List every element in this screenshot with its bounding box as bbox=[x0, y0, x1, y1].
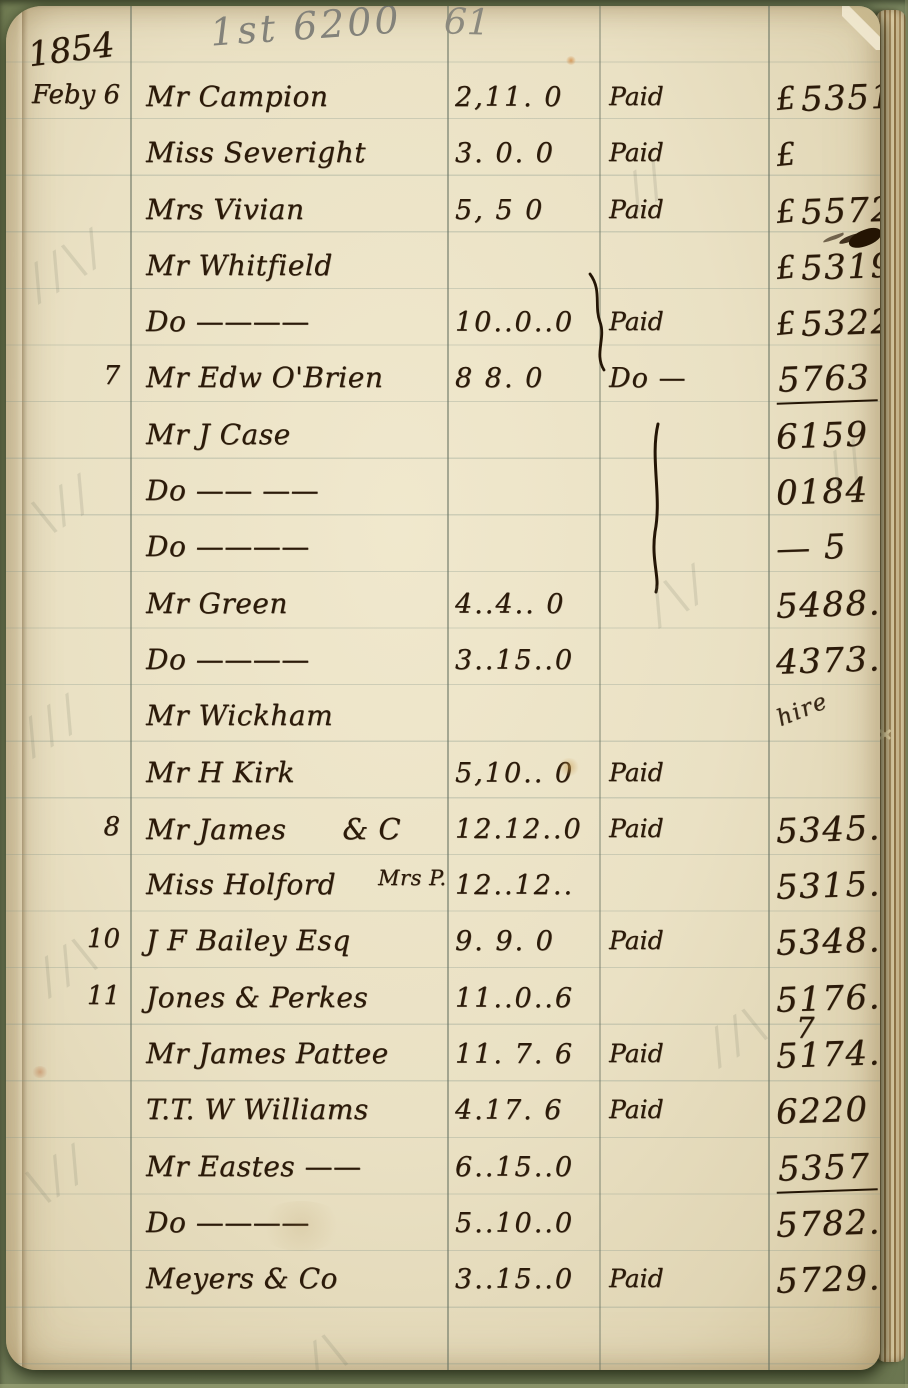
ref-cell: £5322. bbox=[768, 295, 880, 343]
pound-sign: £ bbox=[774, 249, 799, 287]
amount-cell: 8 8. 0 bbox=[447, 351, 599, 394]
amount-cell: 3..15..0 bbox=[447, 633, 599, 676]
amount-cell: 4.17. 6 bbox=[447, 1083, 599, 1126]
pencil-note: 1st 6200 bbox=[209, 6, 403, 55]
date-cell bbox=[6, 1027, 130, 1037]
paid-cell: Paid bbox=[599, 1083, 768, 1124]
amount-cell bbox=[447, 689, 599, 701]
name-cell: Mr Edw O'Brien bbox=[130, 351, 447, 394]
name-cell: Mr Green bbox=[130, 577, 447, 620]
paid-cell: Paid bbox=[599, 914, 768, 955]
ref-cell: 5174. bbox=[768, 1027, 880, 1075]
book-page-stack-edge bbox=[876, 10, 906, 1362]
date-cell bbox=[6, 1252, 130, 1262]
ref-number: 5348. bbox=[775, 921, 880, 965]
ref-cell: 5488. bbox=[768, 577, 880, 625]
paid-cell: Paid bbox=[599, 746, 768, 787]
name-cell: Do ———— bbox=[130, 633, 447, 676]
table-row: Mr J Case 6159 bbox=[6, 408, 880, 464]
name-cell: Do —— —— bbox=[130, 464, 447, 507]
date-cell bbox=[6, 1140, 130, 1150]
paper-stain bbox=[558, 758, 580, 776]
paid-cell bbox=[599, 1196, 768, 1208]
binding-stitch-icon bbox=[878, 726, 892, 742]
ref-cell: £5572. bbox=[768, 183, 880, 231]
name-cell: Miss HolfordMrs P. bbox=[130, 858, 447, 901]
ref-number: 5315. bbox=[775, 864, 880, 908]
ref-number: hire bbox=[773, 688, 832, 732]
ref-number: 5488. bbox=[775, 583, 880, 627]
amount-cell: 3. 0. 0 bbox=[447, 126, 599, 169]
paid-cell: Paid bbox=[599, 1252, 768, 1293]
paper-stain bbox=[566, 56, 576, 65]
date-cell: 10 bbox=[6, 914, 130, 954]
ghost-writing: /\ bbox=[295, 1319, 360, 1370]
date-cell bbox=[6, 689, 130, 699]
table-row: Mr H Kirk 5,10.. 0 Paid bbox=[6, 746, 880, 802]
date-cell bbox=[6, 126, 130, 136]
amount-cell bbox=[447, 239, 599, 251]
ref-cell: 5729. bbox=[768, 1252, 880, 1300]
name-cell: Mr Eastes —— bbox=[130, 1140, 447, 1183]
date-cell bbox=[6, 858, 130, 868]
table-row: 7 Mr Edw O'Brien 8 8. 0 Do — 5763 bbox=[6, 351, 880, 407]
name-cell: Mr James Pattee bbox=[130, 1027, 447, 1070]
ledger-sheet: 1854 1st 6200 61 Feby 6 Mr Campion 2,11.… bbox=[6, 6, 880, 1370]
ref-number: 5174. bbox=[775, 1033, 880, 1077]
page-number: 61 bbox=[443, 6, 490, 44]
table-row: Do —— —— 0184 bbox=[6, 464, 880, 520]
ref-cell: £ bbox=[768, 126, 880, 174]
table-row: Feby 6 Mr Campion 2,11. 0 Paid £5351. bbox=[6, 70, 880, 126]
paid-cell: Paid bbox=[599, 70, 768, 111]
paid-cell: Do — bbox=[599, 351, 768, 394]
paid-cell: Paid bbox=[599, 126, 768, 167]
ref-cell: 4373. bbox=[768, 633, 880, 681]
date-cell bbox=[6, 633, 130, 643]
table-row: Miss HolfordMrs P. 12..12.. 5315. bbox=[6, 858, 880, 914]
dog-ear-fold bbox=[842, 6, 880, 50]
amount-cell: 4..4.. 0 bbox=[447, 577, 599, 620]
ref-cell: hire bbox=[768, 689, 880, 723]
ref-cell bbox=[768, 746, 880, 794]
name-cell: Jones & Perkes bbox=[130, 971, 447, 1014]
date-cell bbox=[6, 520, 130, 530]
amount-cell: 10..0..0 bbox=[447, 295, 599, 338]
table-row: Mrs Vivian 5, 5 0 Paid £5572. bbox=[6, 183, 880, 239]
ref-cell: 5782. bbox=[768, 1196, 880, 1244]
date-cell bbox=[6, 239, 130, 249]
amount-cell bbox=[447, 520, 599, 532]
pound-sign: £ bbox=[774, 193, 799, 231]
pound-sign: £ bbox=[774, 136, 799, 174]
date-cell bbox=[6, 408, 130, 418]
amount-cell: 3..15..0 bbox=[447, 1252, 599, 1295]
ref-cell: £5351. bbox=[768, 70, 880, 118]
table-row: Meyers & Co 3..15..0 Paid 5729. bbox=[6, 1252, 880, 1308]
date-cell: 7 bbox=[6, 351, 130, 391]
date-cell bbox=[6, 1196, 130, 1206]
name-cell: Mrs Vivian bbox=[130, 183, 447, 226]
date-cell bbox=[6, 183, 130, 193]
paid-cell bbox=[599, 689, 768, 701]
table-row: 10 J F Bailey Esq 9. 9. 0 Paid 5348. bbox=[6, 914, 880, 970]
table-row: Mr James Pattee 11. 7. 6 Paid 5174. bbox=[6, 1027, 880, 1083]
paid-cell bbox=[599, 633, 768, 645]
paid-cell bbox=[599, 971, 768, 983]
ref-number: 4373. bbox=[775, 639, 880, 683]
amount-cell: 5..10..0 bbox=[447, 1196, 599, 1239]
amount-cell: 12.12..0 bbox=[447, 802, 599, 845]
ref-cell: — 5 bbox=[768, 520, 880, 568]
amount-cell: 11..0..6 bbox=[447, 971, 599, 1014]
ref-cell: 5345. bbox=[768, 802, 880, 850]
amount-cell: 12..12.. bbox=[447, 858, 599, 901]
table-row: Mr Whitfield £5319. bbox=[6, 239, 880, 295]
name-cell: Miss Severight bbox=[130, 126, 447, 169]
name-cell: J F Bailey Esq bbox=[130, 914, 447, 957]
ref-cell: 5315. bbox=[768, 858, 880, 906]
table-row: Mr Wickham hire bbox=[6, 689, 880, 745]
ref-number: 5782. bbox=[775, 1202, 880, 1246]
amount-cell bbox=[447, 464, 599, 476]
ref-number: 5729. bbox=[775, 1258, 880, 1302]
name-suffix: Mrs P. bbox=[378, 866, 447, 890]
name-cell: Mr H Kirk bbox=[130, 746, 447, 789]
date-cell bbox=[6, 1083, 130, 1093]
ref-number: — 5 bbox=[775, 527, 847, 569]
date-cell bbox=[6, 295, 130, 305]
brace-mark bbox=[584, 272, 610, 372]
date-cell bbox=[6, 577, 130, 587]
name-cell: Mr Whitfield bbox=[130, 239, 447, 282]
table-row: Do ———— 10..0..0 Paid £5322. bbox=[6, 295, 880, 351]
paper-stain bbox=[32, 1066, 48, 1078]
amount-cell: 6..15..0 bbox=[447, 1140, 599, 1183]
amount-cell bbox=[447, 408, 599, 420]
paid-cell: Paid bbox=[599, 183, 768, 224]
name-suffix: & C bbox=[342, 812, 401, 846]
paid-cell bbox=[599, 577, 768, 589]
ref-cell: 5763 bbox=[768, 351, 880, 403]
ref-cell: 5176.7 bbox=[768, 971, 880, 1019]
ref-number: 5763 bbox=[775, 358, 877, 405]
amount-cell: 9. 9. 0 bbox=[447, 914, 599, 957]
paid-cell bbox=[599, 239, 768, 251]
paid-cell bbox=[599, 520, 768, 532]
name-cell: Do ———— bbox=[130, 295, 447, 338]
paper-stain bbox=[256, 1201, 346, 1251]
name-cell: Mr Wickham bbox=[130, 689, 447, 732]
ref-number: 5319. bbox=[801, 245, 880, 289]
amount-cell: 2,11. 0 bbox=[447, 70, 599, 113]
amount-cell: 11. 7. 6 bbox=[447, 1027, 599, 1070]
table-row: 11 Jones & Perkes 11..0..6 5176.7 bbox=[6, 971, 880, 1027]
amount-cell: 5, 5 0 bbox=[447, 183, 599, 226]
name-cell: T.T. W Williams bbox=[130, 1083, 447, 1126]
paid-cell bbox=[599, 1140, 768, 1152]
ref-cell: 0184 bbox=[768, 464, 880, 512]
paid-cell bbox=[599, 858, 768, 870]
table-row: 8 Mr James& C 12.12..0 Paid 5345. bbox=[6, 802, 880, 858]
name-cell: Do ———— bbox=[130, 520, 447, 563]
year-label: 1854 bbox=[26, 25, 117, 75]
ditto-vertical-stroke bbox=[646, 422, 668, 594]
name-cell: Mr James& C bbox=[130, 802, 447, 846]
name-cell: Meyers & Co bbox=[130, 1252, 447, 1295]
ref-number: 5357 bbox=[775, 1146, 877, 1193]
table-row: Miss Severight 3. 0. 0 Paid £ bbox=[6, 126, 880, 182]
paid-cell: Paid bbox=[599, 802, 768, 843]
paid-cell bbox=[599, 408, 768, 420]
scanned-ledger-page: 1854 1st 6200 61 Feby 6 Mr Campion 2,11.… bbox=[0, 0, 908, 1388]
ref-number: 5572. bbox=[801, 189, 880, 233]
name-cell: Mr J Case bbox=[130, 408, 447, 451]
ref-cell: 5357 bbox=[768, 1140, 880, 1192]
date-cell: 11 bbox=[6, 971, 130, 1011]
date-cell: 8 bbox=[6, 802, 130, 842]
date-cell bbox=[6, 746, 130, 756]
table-row: Do ———— — 5 bbox=[6, 520, 880, 576]
ref-cell: 6220 bbox=[768, 1083, 880, 1131]
ref-number: 0184 bbox=[775, 470, 869, 513]
paid-cell: Paid bbox=[599, 295, 768, 336]
ledger-table: Feby 6 Mr Campion 2,11. 0 Paid £5351. Mi… bbox=[6, 70, 880, 1309]
table-row: Mr Eastes —— 6..15..0 5357 bbox=[6, 1140, 880, 1196]
date-cell bbox=[6, 464, 130, 474]
ref-number: 5322. bbox=[801, 301, 880, 345]
table-row: Do ———— 3..15..0 4373. bbox=[6, 633, 880, 689]
paid-cell: Paid bbox=[599, 1027, 768, 1068]
ref-cell: 6159 bbox=[768, 408, 880, 456]
name-cell: Mr Campion bbox=[130, 70, 447, 113]
ref-number: 5351. bbox=[801, 76, 880, 120]
ref-number: 6220 bbox=[775, 1090, 869, 1133]
ref-number: 5176. bbox=[775, 977, 880, 1021]
pound-sign: £ bbox=[774, 80, 799, 118]
date-cell: Feby 6 bbox=[6, 70, 130, 110]
ref-cell: 5348. bbox=[768, 914, 880, 962]
table-row: T.T. W Williams 4.17. 6 Paid 6220 bbox=[6, 1083, 880, 1139]
ref-number: 5345. bbox=[775, 808, 880, 852]
paid-cell bbox=[599, 464, 768, 476]
ref-number: 6159 bbox=[775, 414, 869, 457]
pound-sign: £ bbox=[774, 305, 799, 343]
table-row: Mr Green 4..4.. 0 5488. bbox=[6, 577, 880, 633]
table-row: Do ———— 5..10..0 5782. bbox=[6, 1196, 880, 1252]
